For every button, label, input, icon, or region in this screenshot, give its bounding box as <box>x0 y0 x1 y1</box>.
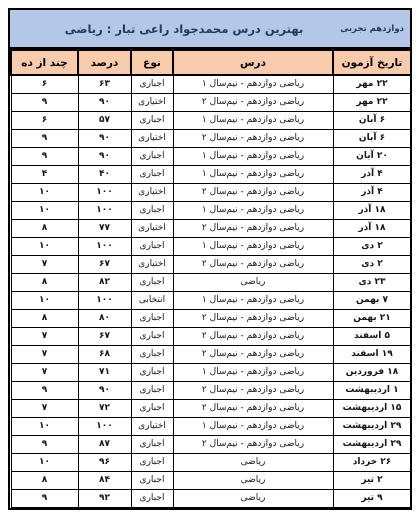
cell-out-of-ten: ۷ <box>11 256 78 274</box>
cell-type: اجباری <box>131 364 173 382</box>
cell-lesson: ریاضی دوازدهم - نیم‌سال ۲ <box>173 184 333 202</box>
cell-lesson: ریاضی دوازدهم - نیم‌سال ۱ <box>173 292 333 310</box>
table-row: ۱۹ اسفند ریاضی دوازدهم - نیم‌سال ۲ اجبار… <box>11 346 411 364</box>
table-row: ۱ اردیبهشت ریاضی دوازدهم - نیم‌سال ۲ اجب… <box>11 382 411 400</box>
col-header-lesson: درس <box>173 50 333 75</box>
cell-exam-date: ۲۲ مهر <box>333 75 411 94</box>
table-row: ۵ اسفند ریاضی دوازدهم - نیم‌سال ۲ اجباری… <box>11 328 411 346</box>
cell-lesson: ریاضی دوازدهم - نیم‌سال ۱ <box>173 166 333 184</box>
cell-out-of-ten: ۱۰ <box>11 418 78 436</box>
cell-out-of-ten: ۹ <box>11 94 78 112</box>
cell-lesson: ریاضی دوازدهم - نیم‌سال ۲ <box>173 382 333 400</box>
cell-exam-date: ۱۸ آذر <box>333 202 411 220</box>
cell-out-of-ten: ۱۰ <box>11 238 78 256</box>
cell-out-of-ten: ۱۰ <box>11 454 78 472</box>
cell-out-of-ten: ۶ <box>11 75 78 94</box>
cell-lesson: ریاضی دوازدهم - نیم‌سال ۲ <box>173 346 333 364</box>
cell-type: اجباری <box>131 400 173 418</box>
page-title: بهترین درس محمدجواد راعی تبار : ریاضی <box>10 22 358 36</box>
table-row: ۲ دی ریاضی دوازدهم - نیم‌سال ۲ اختیاری ۶… <box>11 256 411 274</box>
cell-exam-date: ۲ تیر <box>333 472 411 490</box>
table-row: ۲۰ آبان ریاضی دوازدهم - نیم‌سال ۱ اجباری… <box>11 148 411 166</box>
cell-out-of-ten: ۷ <box>11 400 78 418</box>
table-row: ۶ آبان ریاضی دوازدهم - نیم‌سال ۱ اجباری … <box>11 112 411 130</box>
cell-type: انتخابی <box>131 292 173 310</box>
cell-type: اجباری <box>131 202 173 220</box>
cell-type: اختیاری <box>131 418 173 436</box>
cell-out-of-ten: ۹ <box>11 130 78 148</box>
cell-percent: ۸۲ <box>78 274 131 292</box>
cell-type: اختیاری <box>131 130 173 148</box>
cell-percent: ۸۷ <box>78 436 131 454</box>
cell-out-of-ten: ۱۰ <box>11 202 78 220</box>
cell-type: اجباری <box>131 238 173 256</box>
cell-exam-date: ۲۱ بهمن <box>333 310 411 328</box>
table-row: ۱۸ آذر ریاضی دوازدهم - نیم‌سال ۲ اختیاری… <box>11 220 411 238</box>
cell-lesson: ریاضی دوازدهم - نیم‌سال ۱ <box>173 238 333 256</box>
cell-type: اجباری <box>131 382 173 400</box>
cell-type: اجباری <box>131 472 173 490</box>
cell-out-of-ten: ۷ <box>11 328 78 346</box>
cell-lesson: ریاضی دوازدهم - نیم‌سال ۲ <box>173 94 333 112</box>
cell-lesson: ریاضی دوازدهم - نیم‌سال ۱ <box>173 75 333 94</box>
table-row: ۲۱ بهمن ریاضی دوازدهم - نیم‌سال ۲ اجباری… <box>11 310 411 328</box>
cell-lesson: ریاضی دوازدهم - نیم‌سال ۱ <box>173 148 333 166</box>
cell-out-of-ten: ۶ <box>11 112 78 130</box>
cell-out-of-ten: ۹ <box>11 436 78 454</box>
cell-percent: ۶۸ <box>78 346 131 364</box>
cell-percent: ۶۷ <box>78 328 131 346</box>
cell-exam-date: ۲۹ اردیبهشت <box>333 418 411 436</box>
cell-exam-date: ۱۵ اردیبهشت <box>333 400 411 418</box>
cell-out-of-ten: ۴ <box>11 166 78 184</box>
cell-out-of-ten: ۸ <box>11 472 78 490</box>
cell-lesson: ریاضی دوازدهم - نیم‌سال ۱ <box>173 202 333 220</box>
cell-exam-date: ۶ آبان <box>333 130 411 148</box>
cell-exam-date: ۱۹ اسفند <box>333 346 411 364</box>
cell-type: اجباری <box>131 166 173 184</box>
cell-lesson: ریاضی <box>173 472 333 490</box>
cell-percent: ۷۱ <box>78 364 131 382</box>
table-row: ۲۲ مهر ریاضی دوازدهم - نیم‌سال ۲ اختیاری… <box>11 94 411 112</box>
cell-lesson: ریاضی <box>173 274 333 292</box>
cell-out-of-ten: ۱۰ <box>11 184 78 202</box>
report-sheet: دوازدهم تجربی بهترین درس محمدجواد راعی ت… <box>8 8 412 510</box>
cell-exam-date: ۴ آذر <box>333 184 411 202</box>
cell-percent: ۸۰ <box>78 310 131 328</box>
cell-out-of-ten: ۹ <box>11 382 78 400</box>
table-row: ۷ بهمن ریاضی دوازدهم - نیم‌سال ۱ انتخابی… <box>11 292 411 310</box>
cell-percent: ۹۶ <box>78 454 131 472</box>
cell-out-of-ten: ۸ <box>11 274 78 292</box>
cell-exam-date: ۱ اردیبهشت <box>333 382 411 400</box>
cell-out-of-ten: ۷ <box>11 364 78 382</box>
cell-lesson: ریاضی دوازدهم - نیم‌سال ۲ <box>173 256 333 274</box>
col-header-out-of-ten: چند از ده <box>11 50 78 75</box>
cell-exam-date: ۷ بهمن <box>333 292 411 310</box>
cell-lesson: ریاضی دوازدهم - نیم‌سال ۲ <box>173 400 333 418</box>
cell-exam-date: ۲۲ مهر <box>333 94 411 112</box>
title-band: دوازدهم تجربی بهترین درس محمدجواد راعی ت… <box>10 10 410 49</box>
table-row: ۴ آذر ریاضی دوازدهم - نیم‌سال ۲ اختیاری … <box>11 184 411 202</box>
results-table: تاریخ آزمون درس نوع درصد چند از ده ۲۲ مه… <box>10 49 412 508</box>
cell-percent: ۹۰ <box>78 148 131 166</box>
cell-out-of-ten: ۸ <box>11 310 78 328</box>
cell-out-of-ten: ۱۰ <box>11 292 78 310</box>
cell-percent: ۹۰ <box>78 130 131 148</box>
cell-lesson: ریاضی دوازدهم - نیم‌سال ۱ <box>173 418 333 436</box>
cell-percent: ۱۰۰ <box>78 202 131 220</box>
cell-exam-date: ۲۶ خرداد <box>333 454 411 472</box>
cell-percent: ۱۰۰ <box>78 418 131 436</box>
cell-percent: ۹۰ <box>78 94 131 112</box>
cell-exam-date: ۶ آبان <box>333 112 411 130</box>
cell-percent: ۷۷ <box>78 220 131 238</box>
cell-exam-date: ۹ تیر <box>333 490 411 508</box>
table-row: ۲۶ خرداد ریاضی اجباری ۹۶ ۱۰ <box>11 454 411 472</box>
table-row: ۲۳ دی ریاضی اجباری ۸۲ ۸ <box>11 274 411 292</box>
table-row: ۲ تیر ریاضی اجباری ۸۴ ۸ <box>11 472 411 490</box>
table-row: ۶ آبان ریاضی دوازدهم - نیم‌سال ۲ اختیاری… <box>11 130 411 148</box>
cell-lesson: ریاضی دوازدهم - نیم‌سال ۱ <box>173 112 333 130</box>
cell-type: اجباری <box>131 310 173 328</box>
cell-type: اجباری <box>131 274 173 292</box>
cell-type: اجباری <box>131 490 173 508</box>
cell-percent: ۱۰۰ <box>78 238 131 256</box>
cell-lesson: ریاضی دوازدهم - نیم‌سال ۱ <box>173 364 333 382</box>
cell-out-of-ten: ۷ <box>11 346 78 364</box>
cell-percent: ۱۰۰ <box>78 292 131 310</box>
cell-exam-date: ۱۸ آذر <box>333 220 411 238</box>
table-row: ۲۹ اردیبهشت ریاضی دوازدهم - نیم‌سال ۲ اج… <box>11 436 411 454</box>
cell-out-of-ten: ۹ <box>11 148 78 166</box>
cell-lesson: ریاضی دوازدهم - نیم‌سال ۲ <box>173 310 333 328</box>
cell-exam-date: ۲ دی <box>333 256 411 274</box>
cell-type: اجباری <box>131 454 173 472</box>
cell-percent: ۶۳ <box>78 75 131 94</box>
cell-percent: ۴۰ <box>78 166 131 184</box>
cell-percent: ۶۷ <box>78 256 131 274</box>
cell-exam-date: ۴ آذر <box>333 166 411 184</box>
table-row: ۹ تیر ریاضی اجباری ۹۲ ۹ <box>11 490 411 508</box>
cell-exam-date: ۲۳ دی <box>333 274 411 292</box>
cell-type: اجباری <box>131 328 173 346</box>
results-table-body: ۲۲ مهر ریاضی دوازدهم - نیم‌سال ۱ اجباری … <box>11 75 411 508</box>
cell-out-of-ten: ۸ <box>11 220 78 238</box>
table-row: ۱۸ آذر ریاضی دوازدهم - نیم‌سال ۱ اجباری … <box>11 202 411 220</box>
cell-percent: ۷۲ <box>78 400 131 418</box>
cell-exam-date: ۲۰ آبان <box>333 148 411 166</box>
cell-lesson: ریاضی دوازدهم - نیم‌سال ۲ <box>173 328 333 346</box>
cell-exam-date: ۲۹ اردیبهشت <box>333 436 411 454</box>
cell-exam-date: ۲ دی <box>333 238 411 256</box>
cell-type: اختیاری <box>131 94 173 112</box>
cell-percent: ۵۷ <box>78 112 131 130</box>
cell-lesson: ریاضی دوازدهم - نیم‌سال ۲ <box>173 130 333 148</box>
cell-exam-date: ۵ اسفند <box>333 328 411 346</box>
cell-type: اختیاری <box>131 220 173 238</box>
table-row: ۲۲ مهر ریاضی دوازدهم - نیم‌سال ۱ اجباری … <box>11 75 411 94</box>
cell-lesson: ریاضی دوازدهم - نیم‌سال ۲ <box>173 436 333 454</box>
table-header-row: تاریخ آزمون درس نوع درصد چند از ده <box>11 50 411 75</box>
cell-percent: ۹۰ <box>78 382 131 400</box>
table-row: ۴ آذر ریاضی دوازدهم - نیم‌سال ۱ اجباری ۴… <box>11 166 411 184</box>
cell-lesson: ریاضی <box>173 490 333 508</box>
cell-type: اجباری <box>131 148 173 166</box>
table-row: ۱۵ اردیبهشت ریاضی دوازدهم - نیم‌سال ۲ اج… <box>11 400 411 418</box>
cell-percent: ۱۰۰ <box>78 184 131 202</box>
cell-type: اختیاری <box>131 256 173 274</box>
cell-lesson: ریاضی <box>173 454 333 472</box>
col-header-percent: درصد <box>78 50 131 75</box>
cell-type: اجباری <box>131 436 173 454</box>
cell-type: اجباری <box>131 75 173 94</box>
cell-out-of-ten: ۹ <box>11 490 78 508</box>
table-row: ۱۸ فروردین ریاضی دوازدهم - نیم‌سال ۱ اجب… <box>11 364 411 382</box>
col-header-type: نوع <box>131 50 173 75</box>
cell-exam-date: ۱۸ فروردین <box>333 364 411 382</box>
col-header-exam-date: تاریخ آزمون <box>333 50 411 75</box>
table-row: ۲ دی ریاضی دوازدهم - نیم‌سال ۱ اجباری ۱۰… <box>11 238 411 256</box>
cell-percent: ۸۴ <box>78 472 131 490</box>
cell-type: اجباری <box>131 346 173 364</box>
cell-percent: ۹۲ <box>78 490 131 508</box>
cell-lesson: ریاضی دوازدهم - نیم‌سال ۲ <box>173 220 333 238</box>
cell-type: اختیاری <box>131 184 173 202</box>
table-row: ۲۹ اردیبهشت ریاضی دوازدهم - نیم‌سال ۱ اخ… <box>11 418 411 436</box>
cell-type: اجباری <box>131 112 173 130</box>
